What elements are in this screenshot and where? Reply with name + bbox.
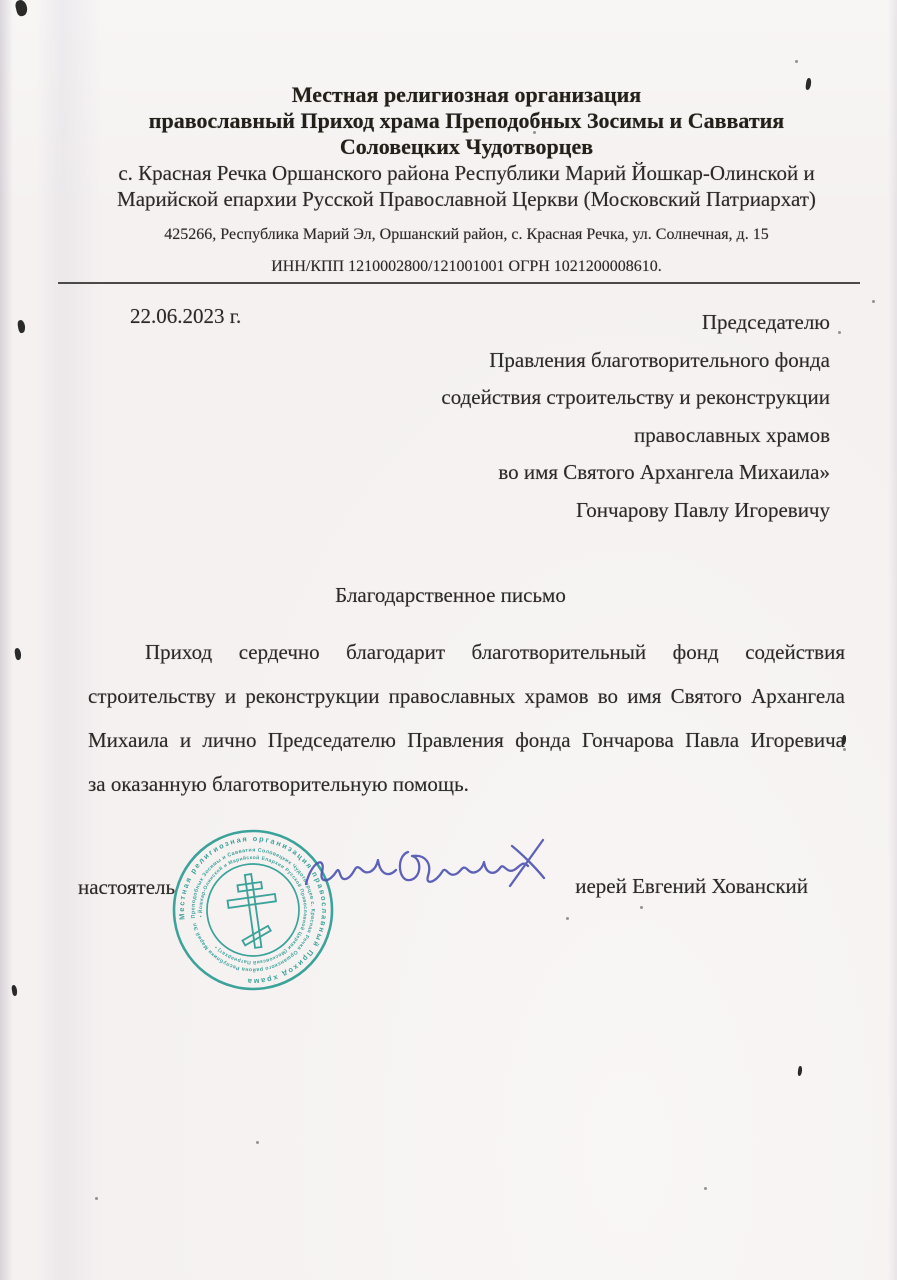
body-line: Михаила и лично Председателю Правления ф… (88, 718, 845, 762)
addressee-line: содействия строительству и реконструкции (88, 379, 830, 417)
letter-body: Приход сердечно благодарит благотворител… (88, 630, 845, 806)
org-name-line: православный Приход храма Преподобных Зо… (88, 108, 845, 134)
body-line: Приход сердечно благодарит благотворител… (88, 630, 845, 674)
org-address-line: 425266, Республика Марий Эл, Оршанский р… (88, 225, 845, 244)
body-line: строительству и реконструкции православн… (88, 674, 845, 718)
org-name-line: Местная религиозная организация (88, 82, 845, 108)
letter-title: Благодарственное письмо (72, 583, 829, 608)
addressee-block: Председателю Правления благотворительног… (88, 304, 845, 529)
date-addressee-block: 22.06.2023 г. Председателю Правления бла… (88, 304, 845, 529)
addressee-line: во имя Святого Архангела Михаила» (88, 454, 830, 492)
paper-speck (256, 1141, 259, 1144)
org-name-line: Соловецких Чудотворцев (88, 134, 845, 160)
addressee-line: православных храмов (88, 417, 830, 455)
addressee-line: Правления благотворительного фонда (88, 342, 830, 380)
letterhead-divider (58, 282, 860, 284)
body-line: за оказанную благотворительную помощь. (88, 762, 845, 806)
signatory-name: иерей Евгений Хованский (575, 874, 808, 899)
org-address-line: ИНН/КПП 1210002800/121001001 ОГРН 102120… (88, 257, 845, 276)
orthodox-cross-icon (224, 871, 282, 951)
org-subtitle-line: с. Красная Речка Оршанского района Респу… (88, 160, 845, 186)
signatory-role: настоятель (78, 875, 175, 900)
org-subtitle-line: Марийской епархии Русской Православной Ц… (88, 186, 845, 212)
addressee-line: Гончарову Павлу Игоревичу (88, 492, 830, 530)
scanned-letter-page: Местная религиозная организация правосла… (0, 0, 897, 1280)
signature-block: настоятель Местная религиозная организац… (88, 820, 845, 1110)
handwritten-signature (300, 832, 560, 910)
letter-date: 22.06.2023 г. (130, 304, 241, 329)
paper-speck (704, 1187, 707, 1190)
letterhead: Местная религиозная организация правосла… (88, 82, 845, 284)
paper-speck (95, 1197, 98, 1200)
